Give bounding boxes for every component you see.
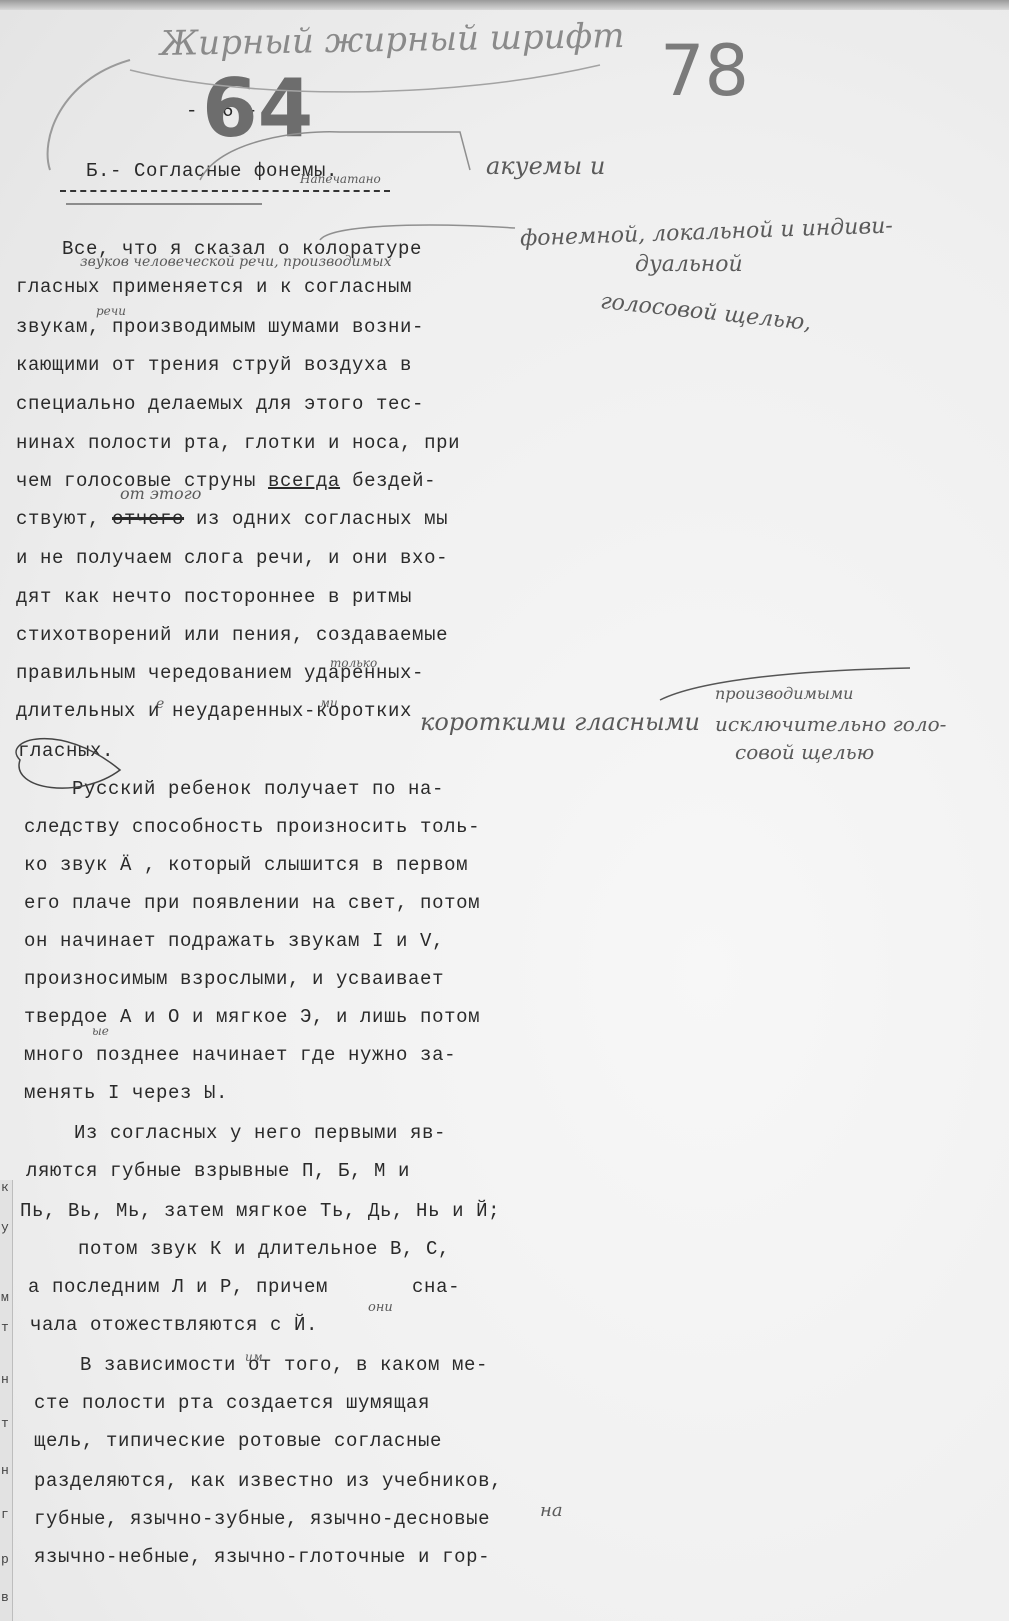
body-line-16: следству способность произносить толь- <box>24 816 480 838</box>
edge-fragment: м <box>1 1290 9 1305</box>
body-line-7: чем голосовые струны всегда бездей- <box>16 470 436 492</box>
body-line-6: нинах полости рта, глотки и носа, при <box>16 432 460 454</box>
heading-insertion-note: акуемы и <box>486 152 605 180</box>
annotation-line1: фонемной, локальной и индиви- <box>520 214 893 252</box>
annotation-line2-cont: голосовой щелью, <box>599 289 812 336</box>
body-line-15: Русский ребенок получает по на- <box>72 778 444 800</box>
edge-fragment: р <box>1 1552 9 1567</box>
adjacent-page-edge: к у м т н т н г р в <box>0 1180 13 1621</box>
body-line-8: ствуют, отчего из одних согласных мы <box>16 508 448 530</box>
body-line-4: кающими от трения струй воздуха в <box>16 354 412 376</box>
edge-fragment: г <box>1 1507 9 1522</box>
page-top-edge <box>0 0 1009 10</box>
body-line-21: твердое A и O и мягкое Э, и лишь потом <box>24 1006 480 1028</box>
body-line-25: ляются губные взрывные П, Б, М и <box>26 1160 410 1182</box>
body-line-30: В зависимости от того, в каком ме- <box>80 1354 488 1376</box>
body-line-24: Из согласных у него первыми яв- <box>74 1122 446 1144</box>
body-line-32: щель, типические ротовые согласные <box>34 1430 442 1452</box>
scanned-page: Жирный жирный шрифт 78 - 46 - 64 Б.- Сог… <box>0 0 1009 1621</box>
body-line-9: и не получаем слога речи, и они вхо- <box>16 547 448 569</box>
annotation-line13-right: исключительно голо- <box>715 712 946 736</box>
struck-word: отчего <box>112 508 184 530</box>
edge-fragment: у <box>1 1220 9 1235</box>
body-line-18: его плаче при появлении на свет, потом <box>24 892 480 914</box>
body-line-22: много позднее начинает где нужно за- <box>24 1044 456 1066</box>
annotation-line13-tail: короткими гласными <box>420 708 700 736</box>
body-line-33: разделяются, как известно из учебников, <box>34 1470 502 1492</box>
body-line-28: а последним Л и Р, причем сна- <box>28 1276 460 1298</box>
body-line-20: произносимым взрослыми, и усваивает <box>24 968 444 990</box>
body-line-26: Пь, Вь, Мь, затем мягкое Ть, Дь, Нь и Й; <box>20 1200 500 1222</box>
body-line-23: менять I через Ы. <box>24 1082 228 1104</box>
body-line-12: правильным чередованием ударенных- <box>16 662 424 684</box>
heading-margin-note: Напечатано <box>300 172 381 186</box>
text-segment: чем голосовые струны <box>16 470 268 492</box>
heading-underline <box>60 190 390 192</box>
text-segment: из одних согласных мы <box>184 508 448 530</box>
annotation-line13-right-top: производимыми <box>715 684 853 703</box>
body-line-3: звукам, производимым шумами возни- <box>16 316 424 338</box>
edge-fragment: т <box>1 1320 9 1335</box>
edge-fragment: н <box>1 1463 9 1478</box>
edge-fragment: в <box>1 1590 9 1605</box>
body-line-19: он начинает подражать звукам I и V, <box>24 930 444 952</box>
annotation-line27: они <box>368 1300 393 1315</box>
body-line-34: губные, язычно-зубные, язычно-десновые <box>34 1508 490 1530</box>
heading-pencil-underline <box>66 203 262 205</box>
annotation-line13-right-cont: совой щелью <box>735 740 874 764</box>
body-line-11: стихотворений или пения, создаваемые <box>16 624 448 646</box>
edge-fragment: н <box>1 1372 9 1387</box>
annotation-line1-cont: дуальной <box>635 252 743 277</box>
body-line-29: чала отожествляются с Й. <box>30 1314 318 1336</box>
text-segment: ствуют, <box>16 508 112 530</box>
body-line-17: ко звук Ä , который слышится в первом <box>24 854 468 876</box>
page-number-pencil-large: 64 <box>202 62 313 155</box>
body-line-31: сте полости рта создается шумящая <box>34 1392 430 1414</box>
body-line-1: Все, что я сказал о колоратуре <box>62 238 422 260</box>
body-line-2: гласных применяется и к согласным <box>16 276 412 298</box>
underlined-word: всегда <box>268 470 340 492</box>
body-line-10: дят как нечто постороннее в ритмы <box>16 586 412 608</box>
annotation-line35: на <box>540 1500 563 1521</box>
edge-fragment: к <box>1 1180 9 1195</box>
body-line-35: язычно-небные, язычно-глоточные и гор- <box>34 1546 490 1568</box>
pencil-header-note: Жирный жирный шрифт <box>160 16 625 64</box>
page-number-pencil-right: 78 <box>660 30 749 112</box>
body-line-14: гласных. <box>18 740 114 762</box>
text-segment: бездей- <box>340 470 436 492</box>
body-line-27: потом звук К и длительное В, С, <box>78 1238 450 1260</box>
body-line-13: длительных и неударенных-коротких <box>16 700 412 722</box>
edge-fragment: т <box>1 1416 9 1431</box>
body-line-5: специально делаемых для этого тес- <box>16 393 424 415</box>
